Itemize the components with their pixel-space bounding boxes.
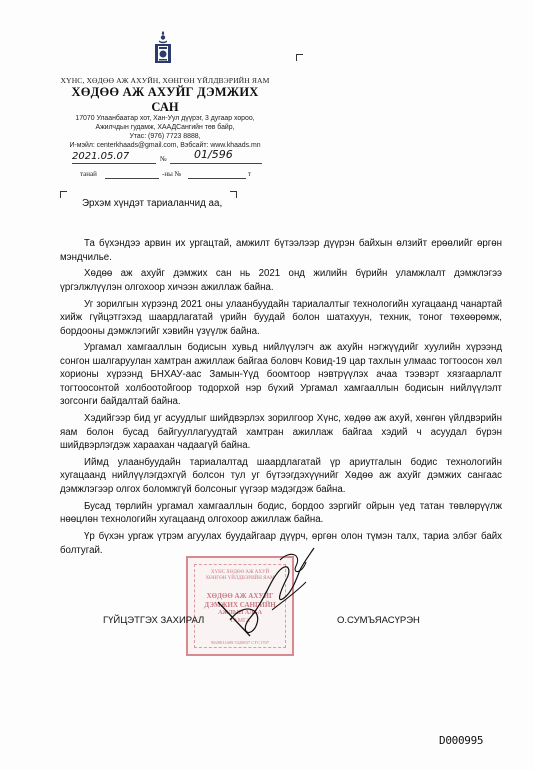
soyombo-emblem-icon — [152, 30, 174, 64]
your-no-label: -ны № — [162, 170, 181, 178]
address-line1: 17070 Улаанбаатар хот, Хан-Уул дүүрэг, 3… — [50, 115, 280, 124]
corner-mark — [60, 191, 67, 198]
signer-title: ГҮЙЦЭТГЭХ ЗАХИРАЛ — [103, 615, 204, 626]
phone: Утас: (976) 7723 8888, — [50, 133, 280, 142]
corner-mark — [296, 54, 303, 61]
salutation: Эрхэм хүндэт тариаланчид аа, — [82, 198, 222, 209]
ministry-name: ХҮНС, ХӨДӨӨ АЖ АХУЙН, ХӨНГӨН ҮЙЛДВЭРИЙН … — [50, 76, 280, 85]
paragraph: Уг зорилгын хүрээнд 2021 оны улаанбуудай… — [60, 298, 502, 339]
paragraph: Ургамал хамгааллын бодисын хувьд нийлүүл… — [60, 341, 502, 409]
document-number: D000995 — [439, 734, 483, 747]
letter-number: 01/596 — [194, 148, 233, 161]
letter-body: Та бүхэндээ арвин их ургацтай, амжилт бү… — [60, 237, 502, 560]
email-website: И-мэйл: centerkhaads@gmail.com, Вэбсайт:… — [50, 142, 280, 151]
paragraph: Хөдөө аж ахуйг дэмжих сан нь 2021 онд жи… — [60, 267, 502, 294]
paragraph: Хэдийгээр бид уг асуудлыг шийдвэрлэх зор… — [60, 412, 502, 453]
your-label: танай — [80, 170, 97, 178]
your-reference-line: танай -ны № т — [80, 170, 270, 182]
signer-name: О.СУМЪЯАСҮРЭН — [337, 615, 420, 626]
letter-date: 2021.05.07 — [72, 151, 129, 162]
org-name-line2: САН — [50, 100, 280, 115]
your-suffix: т — [248, 170, 251, 178]
underline — [72, 163, 156, 164]
handwritten-signature-icon — [210, 540, 320, 640]
paragraph: Иймд улаанбуудайн тариалалтад шаардлагат… — [60, 456, 502, 497]
stamp-text: 9020011409 5320837 СТС1707 — [188, 640, 292, 645]
letter-page: ХҮНС, ХӨДӨӨ АЖ АХУЙН, ХӨНГӨН ҮЙЛДВЭРИЙН … — [0, 0, 533, 770]
underline — [188, 178, 246, 179]
underline — [105, 178, 159, 179]
paragraph: Та бүхэндээ арвин их ургацтай, амжилт бү… — [60, 237, 502, 264]
org-name-line1: ХӨДӨӨ АЖ АХУЙГ ДЭМЖИХ — [50, 85, 280, 100]
reference-line: 2021.05.07 № 01/596 — [72, 151, 262, 165]
number-label: № — [160, 155, 167, 163]
underline — [170, 163, 262, 164]
corner-mark — [230, 191, 237, 198]
address-line2: Ажилчдын гудамж, ХААДСангийн төв байр, — [50, 124, 280, 133]
paragraph: Бусад төрлийн ургамал хамгааллын бодис, … — [60, 500, 502, 527]
